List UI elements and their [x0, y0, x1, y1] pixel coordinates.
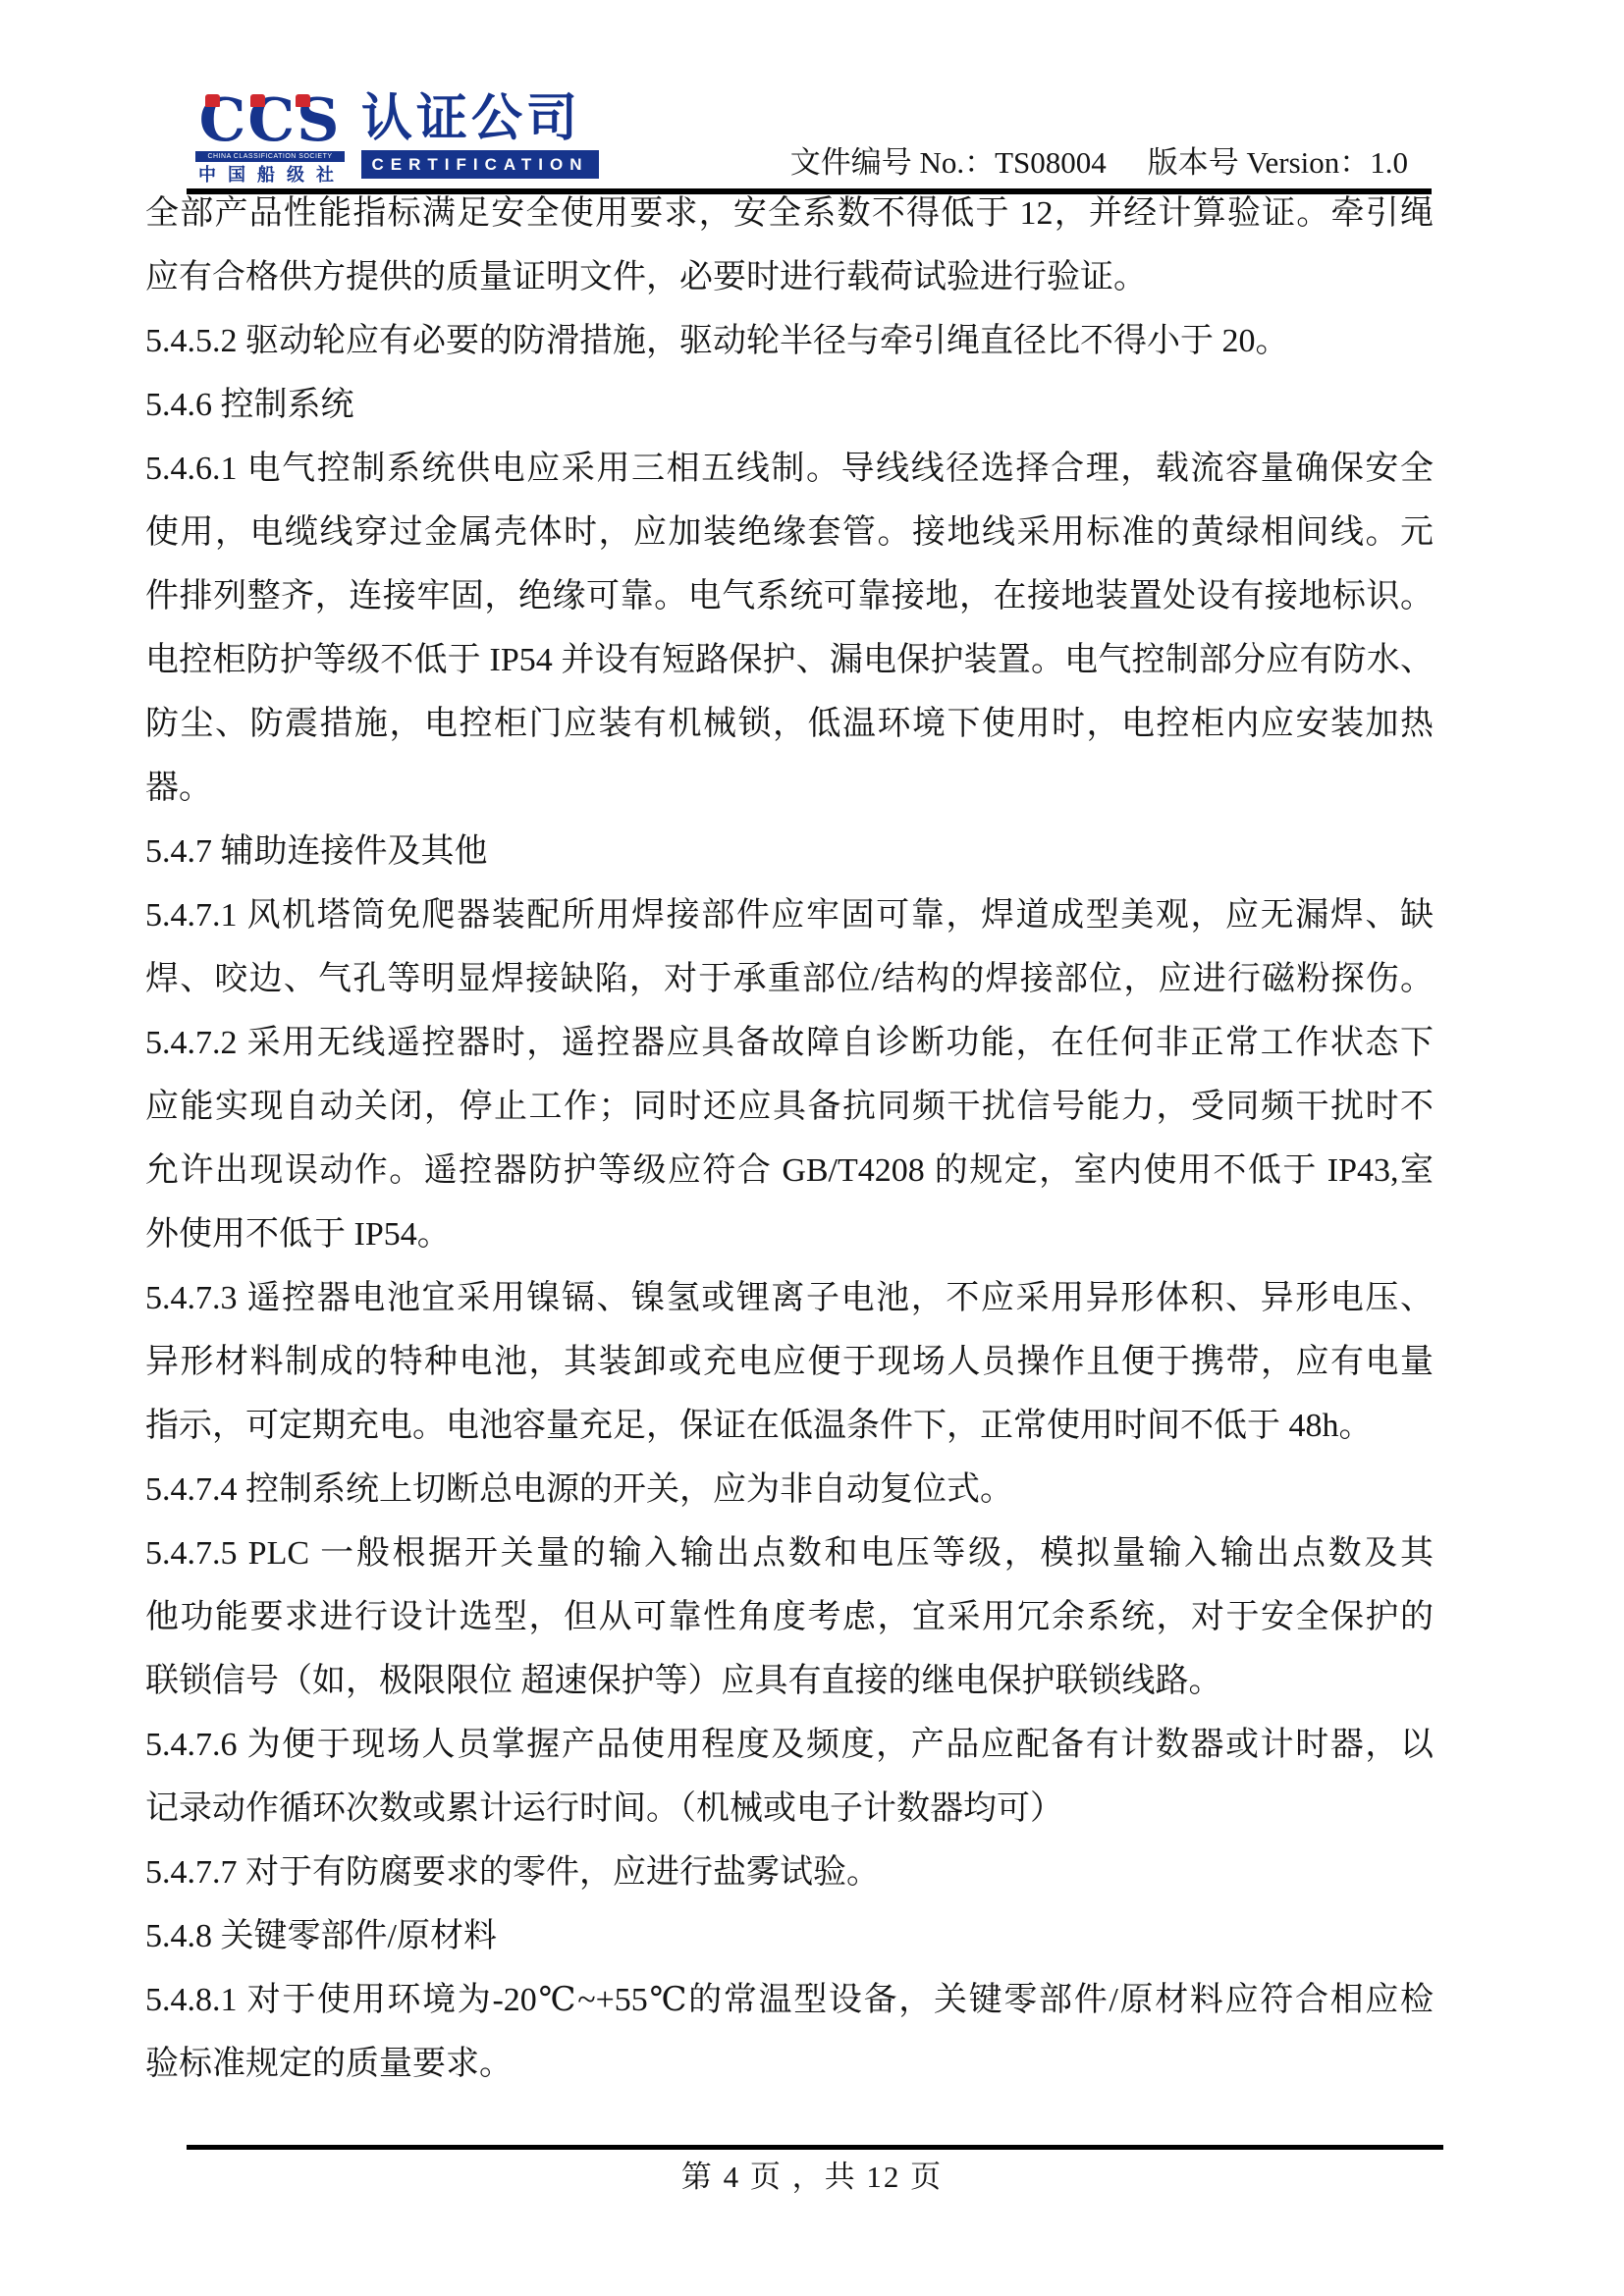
body-line: 5.4.7.3 遥控器电池宜采用镍镉、镍氢或锂离子电池，不应采用异形体积、异形电… [145, 1266, 1434, 1330]
body-line: 器。 [145, 756, 1434, 820]
body-line: 应能实现自动关闭，停止工作；同时还应具备抗同频干扰信号能力，受同频干扰时不 [145, 1075, 1434, 1139]
document-meta: 文件编号 No.：TS08004 版本号 Version：1.0 [790, 143, 1408, 183]
body-line: 5.4.8.1 对于使用环境为-20℃~+55℃的常温型设备，关键零部件/原材料… [145, 1968, 1434, 2032]
body-line: 焊、咬边、气孔等明显焊接缺陷，对于承重部位/结构的焊接部位，应进行磁粉探伤。 [145, 947, 1434, 1011]
document-body: 全部产品性能指标满足安全使用要求，安全系数不得低于 12，并经计算验证。牵引绳 … [145, 182, 1434, 2096]
body-line: 5.4.7.2 采用无线遥控器时，遥控器应具备故障自诊断功能，在任何非正常工作状… [145, 1011, 1434, 1075]
body-line: 指示，可定期充电。电池容量充足，保证在低温条件下，正常使用时间不低于 48h。 [145, 1394, 1434, 1458]
ccs-letters: CCS [199, 86, 342, 155]
body-line: 5.4.6.1 电气控制系统供电应采用三相五线制。导线线径选择合理，载流容量确保… [145, 437, 1434, 501]
body-line: 联锁信号（如，极限限位 超速保护等）应具有直接的继电保护联锁线路。 [145, 1649, 1434, 1713]
footer-divider [187, 2145, 1443, 2150]
doc-number: 文件编号 No.：TS08004 [790, 143, 1107, 183]
body-line: 5.4.6 控制系统 [145, 373, 1434, 437]
ccs-logo: CCS CHINA CLASSIFICATION SOCIETY 中国船级社 认… [194, 92, 599, 186]
body-line: 使用，电缆线穿过金属壳体时，应加装绝缘套管。接地线采用标准的黄绿相间线。元 [145, 501, 1434, 564]
body-line: 5.4.7.7 对于有防腐要求的零件，应进行盐雾试验。 [145, 1841, 1434, 1904]
certification-banner: CERTIFICATION [361, 150, 599, 179]
version-number: 版本号 Version：1.0 [1148, 143, 1408, 183]
document-page: CCS CHINA CLASSIFICATION SOCIETY 中国船级社 认… [0, 0, 1624, 2296]
body-line: 5.4.8 关键零部件/原材料 [145, 1904, 1434, 1968]
body-line: 应有合格供方提供的质量证明文件，必要时进行载荷试验进行验证。 [145, 245, 1434, 309]
body-line: 防尘、防震措施，电控柜门应装有机械锁，低温环境下使用时，电控柜内应安装加热 [145, 692, 1434, 756]
company-name: 认证公司 [361, 92, 599, 147]
page-number: 第 4 页 ，共 12 页 [0, 2156, 1624, 2199]
ccs-red-accent-icon [250, 94, 265, 107]
body-line: 外使用不低于 IP54。 [145, 1202, 1434, 1266]
body-line: 全部产品性能指标满足安全使用要求，安全系数不得低于 12，并经计算验证。牵引绳 [145, 182, 1434, 245]
body-line: 5.4.7 辅助连接件及其他 [145, 820, 1434, 883]
body-line: 5.4.7.4 控制系统上切断总电源的开关，应为非自动复位式。 [145, 1458, 1434, 1522]
body-line: 验标准规定的质量要求。 [145, 2032, 1434, 2096]
body-line: 允许出现误动作。遥控器防护等级应符合 GB/T4208 的规定，室内使用不低于 … [145, 1139, 1434, 1202]
body-line: 记录动作循环次数或累计运行时间。（机械或电子计数器均可） [145, 1777, 1434, 1841]
body-line: 5.4.5.2 驱动轮应有必要的防滑措施，驱动轮半径与牵引绳直径比不得小于 20… [145, 309, 1434, 373]
body-line: 5.4.7.1 风机塔筒免爬器装配所用焊接部件应牢固可靠，焊道成型美观，应无漏焊… [145, 883, 1434, 947]
body-line: 他功能要求进行设计选型，但从可靠性角度考虑，宜采用冗余系统，对于安全保护的 [145, 1585, 1434, 1649]
ccs-red-accent-icon [205, 94, 220, 107]
ccs-logo-left: CCS CHINA CLASSIFICATION SOCIETY 中国船级社 [194, 92, 346, 186]
ccs-red-accent-icon [296, 94, 310, 107]
body-line: 5.4.7.5 PLC 一般根据开关量的输入输出点数和电压等级，模拟量输入输出点… [145, 1522, 1434, 1585]
body-line: 异形材料制成的特种电池，其装卸或充电应便于现场人员操作且便于携带，应有电量 [145, 1330, 1434, 1394]
body-line: 5.4.7.6 为便于现场人员掌握产品使用程度及频度，产品应配备有计数器或计时器… [145, 1713, 1434, 1777]
body-line: 电控柜防护等级不低于 IP54 并设有短路保护、漏电保护装置。电气控制部分应有防… [145, 628, 1434, 692]
ccs-wordmark: CCS [199, 92, 342, 149]
body-line: 件排列整齐，连接牢固，绝缘可靠。电气系统可靠接地，在接地装置处设有接地标识。 [145, 564, 1434, 628]
ccs-logo-right: 认证公司 CERTIFICATION [361, 92, 599, 179]
